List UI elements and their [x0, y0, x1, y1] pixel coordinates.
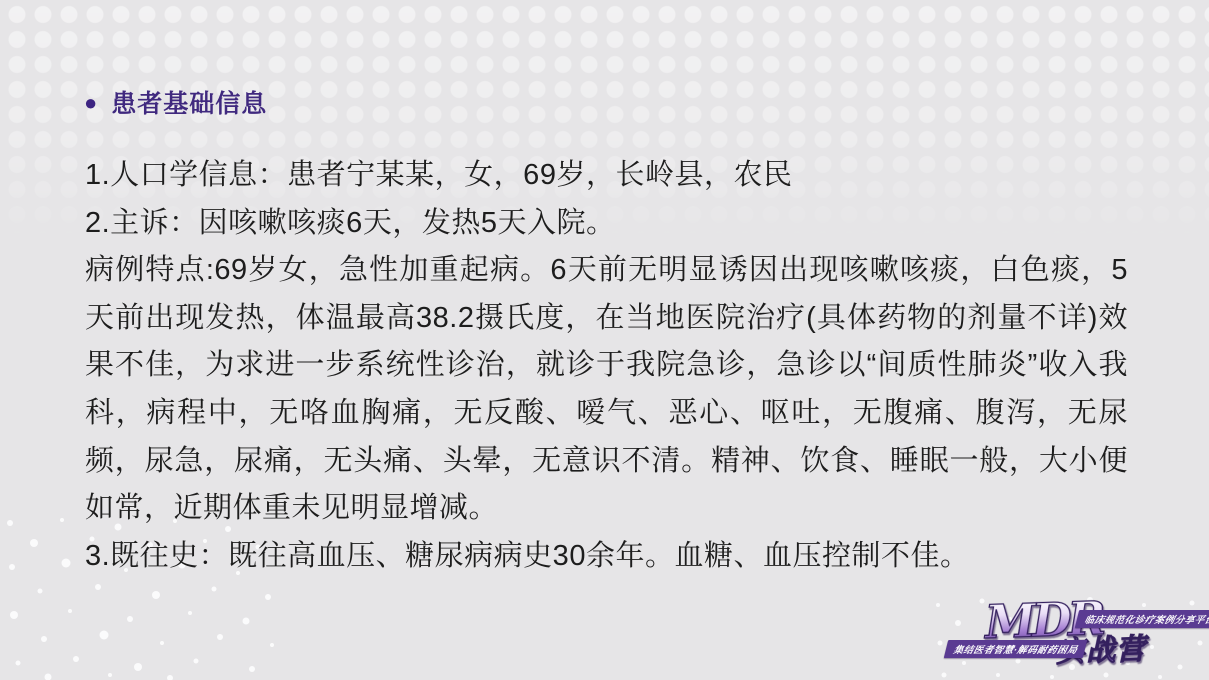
- paragraph-chief-complaint: 2.主诉：因咳嗽咳痰6天，发热5天入院。: [85, 200, 1128, 248]
- logo-tagline-platform: 临床规范化诊疗案例分享平台: [1075, 610, 1209, 628]
- case-text-block: 1.人口学信息：患者宁某某，女，69岁，长岭县，农民 2.主诉：因咳嗽咳痰6天，…: [85, 152, 1128, 580]
- page-title: 患者基础信息: [111, 84, 267, 120]
- logo-tagline-slogan: 集结医者智慧·解码耐药困局: [944, 640, 1087, 658]
- paragraph-demographics: 1.人口学信息：患者宁某某，女，69岁，长岭县，农民: [85, 152, 1128, 200]
- bullet-icon: ●: [84, 92, 97, 114]
- section-header: ● 患者基础信息: [84, 84, 267, 120]
- paragraph-case-features: 病例特点:69岁女，急性加重起病。6天前无明显诱因出现咳嗽咳痰，白色痰，5天前出…: [85, 247, 1128, 533]
- mdr-logo: MDR 临床规范化诊疗案例分享平台 实战营 集结医者智慧·解码耐药困局: [930, 595, 1209, 680]
- slide-canvas: ● 患者基础信息 1.人口学信息：患者宁某某，女，69岁，长岭县，农民 2.主诉…: [0, 0, 1209, 680]
- paragraph-past-history: 3.既往史：既往高血压、糖尿病病史30余年。血糖、血压控制不佳。: [85, 533, 1128, 581]
